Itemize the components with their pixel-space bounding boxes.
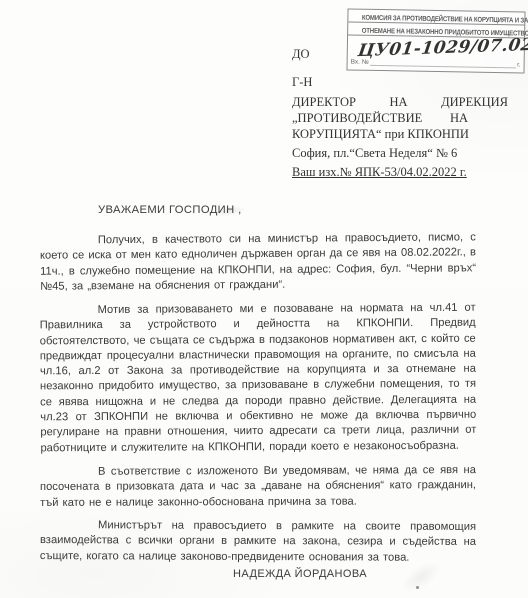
scan-speck <box>416 586 419 589</box>
stamp-header-line1: КОМИСИЯ ЗА ПРОТИВОДЕЙСТВИЕ НА КОРУПЦИЯТА… <box>348 9 524 25</box>
recipient-honorific: Г-Н <box>292 74 508 90</box>
signature-name: НАДЕЖДА ЙОРДАНОВА <box>170 568 430 580</box>
recipient-title-line3: КОРУПЦИЯТА“ при КПКОНПИ <box>292 126 508 142</box>
recipient-to-label: ДО <box>292 46 508 62</box>
letter-body: УВАЖАЕМИ ГОСПОДИН , Получих, в качествот… <box>40 203 476 574</box>
paragraph-1: Получих, в качеството си на министър на … <box>40 231 476 296</box>
paragraph-4: Министърът на правосъдието в рамките на … <box>40 518 476 566</box>
paragraph-3: В съответствие с изложеното Ви уведомява… <box>40 464 476 512</box>
paragraph-2: Мотив за призоваването ми е позоваване н… <box>40 301 477 457</box>
reference-number: Ваш изх.№ ЯПК-53/04.02.2022 г. <box>292 164 508 180</box>
recipient-title-line2: „ПРОТИВОДЕЙСТВИЕ НА <box>292 110 508 126</box>
scanned-letter-page: КОМИСИЯ ЗА ПРОТИВОДЕЙСТВИЕ НА КОРУПЦИЯТА… <box>0 0 528 598</box>
recipient-address: София, пл.“Света Неделя“ № 6 <box>292 145 508 161</box>
stamp-entry-year-suffix: г. <box>517 61 521 68</box>
salutation: УВАЖАЕМИ ГОСПОДИН , <box>40 203 476 218</box>
recipient-title-line1: ДИРЕКТОР НА ДИРЕКЦИЯ <box>292 94 508 110</box>
recipient-block: ДО Г-Н ДИРЕКТОР НА ДИРЕКЦИЯ „ПРОТИВОДЕЙС… <box>292 46 508 180</box>
